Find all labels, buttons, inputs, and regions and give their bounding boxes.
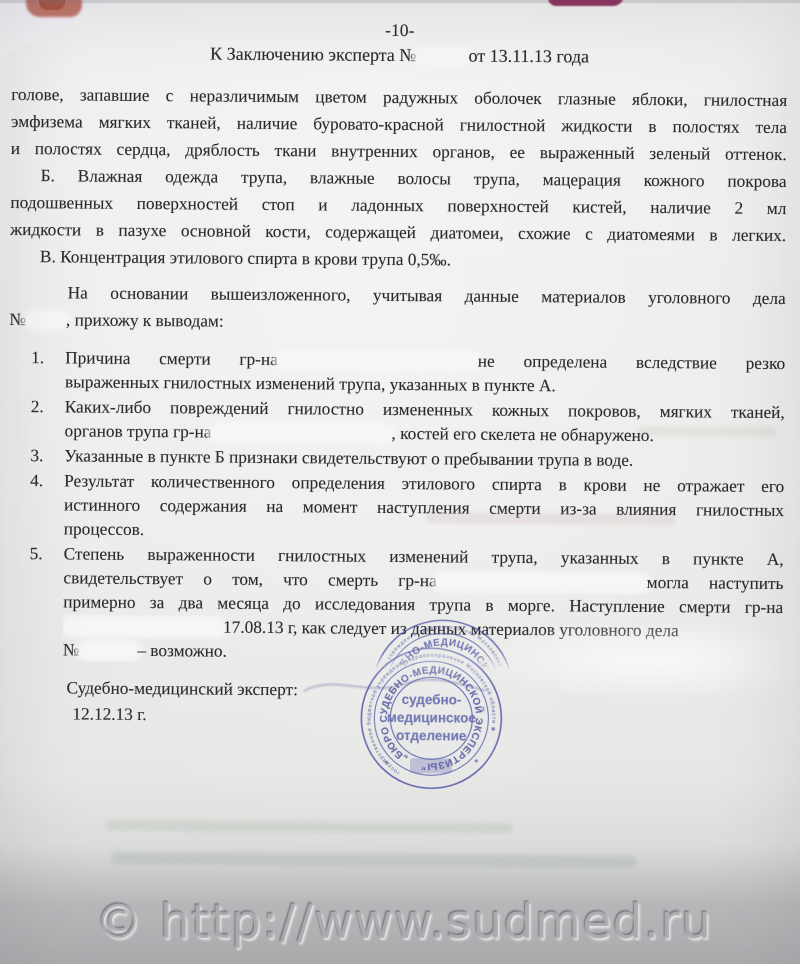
text-segment: Причина смерти гр-на (65, 348, 278, 369)
paragraph: На основании вышеизложенного, учитывая д… (9, 279, 785, 339)
stamp-center-line1: судебно- (402, 692, 462, 707)
paragraph: В. Концентрация этилового спирта в крови… (10, 243, 786, 276)
text-segment: – возможно. (137, 641, 227, 661)
text-segment: истинного содержания на момент наступлен… (64, 496, 784, 521)
text-segment: № (9, 310, 26, 329)
text-line: Указанные в пункте Б признаки свидетельс… (64, 445, 784, 474)
text-segment: , костей его скелета не обнаружено. (391, 424, 653, 445)
text-segment: эмфизема мягких тканей, наличие буровато… (11, 112, 787, 137)
body-paragraphs: голове, запавшие с неразличимым цветом р… (9, 81, 787, 339)
ink-bleed-artifact (111, 852, 636, 868)
title-pre: К Заключению эксперта № (210, 44, 417, 67)
text-segment: В. Концентрация этилового спирта в крови… (40, 247, 451, 269)
site-watermark: © http://www.sudmed.ru (95, 897, 713, 949)
text-segment: Каких-либо повреждений гнилостно изменен… (65, 397, 785, 422)
paragraph: Б. Влажная одежда трупа, влажные волосы … (10, 162, 787, 249)
text-line: процессов. (64, 517, 784, 546)
text-segment: могла наступить (647, 573, 784, 593)
redaction-blur (416, 49, 468, 63)
text-segment: № (63, 640, 80, 659)
text-segment: выраженных гнилостных изменений трупа, у… (65, 372, 556, 395)
document-content: -10- К Заключению эксперта № от 13.11.13… (0, 0, 800, 964)
text-line: выраженных гнилостных изменений трупа, у… (65, 370, 785, 399)
text-segment: Указанные в пункте Б признаки свидетельс… (64, 447, 633, 470)
text-line: В. Концентрация этилового спирта в крови… (10, 243, 786, 276)
conclusion-number: 4. (30, 470, 43, 494)
paragraph: голове, запавшие с неразличимым цветом р… (11, 81, 788, 168)
text-segment: На основании вышеизложенного, учитывая д… (68, 283, 786, 308)
stamp-offset-impression: государственное бюджетное учреждение здр… (372, 620, 513, 761)
text-segment: голове, запавшие с неразличимым цветом р… (11, 85, 787, 110)
ink-bleed-artifact (426, 512, 676, 525)
conclusion-number: 3. (30, 444, 43, 468)
title-date: от 13.11.13 года (468, 46, 589, 68)
conclusion-item: 2.Каких-либо повреждений гнилостно измен… (31, 395, 785, 449)
redaction-blur (211, 425, 391, 440)
text-segment: жидкости в пазухе основной кости, содерж… (10, 220, 786, 245)
text-segment: и полостях сердца, дряблость ткани внутр… (11, 139, 787, 164)
redaction-blur (63, 619, 223, 634)
redaction-blur (79, 643, 137, 657)
page-number: -10- (12, 17, 788, 44)
ink-bleed-artifact (637, 426, 777, 437)
text-segment: не определена вследствие резко (478, 352, 785, 373)
conclusion-item: 4.Результат количественного определения … (30, 470, 785, 547)
conclusion-number: 2. (31, 395, 44, 419)
conclusion-item: 1.Причина смерти гр-нане определена всле… (31, 346, 785, 400)
text-segment: , прихожу к выводам: (66, 310, 224, 330)
text-segment: Степень выраженности гнилостных изменени… (64, 545, 784, 570)
text-segment: Б. Влажная одежда трупа, влажные волосы … (41, 166, 787, 191)
stamp-star-right: * (474, 758, 479, 768)
watermark-text: © http://www.sudmed.ru (95, 895, 713, 950)
document-photo: -10- К Заключению эксперта № от 13.11.13… (0, 0, 800, 964)
flash-glare (500, 618, 800, 702)
redaction-blur (437, 574, 647, 590)
text-segment: свидетельствует о том, что смерть гр-на (63, 569, 436, 591)
signature-label: Судебно-медицинский эксперт: (67, 679, 298, 700)
stamp-star-left: * (384, 759, 389, 769)
document-title: К Заключению эксперта № от 13.11.13 года (11, 42, 787, 69)
text-segment: подошвенных поверхностей стоп и ладонных… (10, 193, 786, 218)
text-segment: процессов. (64, 519, 144, 539)
text-segment: органов трупа гр-на (65, 421, 212, 441)
ink-bleed-artifact (105, 820, 513, 834)
conclusion-number: 1. (31, 346, 44, 370)
text-segment: Результат количественного определения эт… (64, 472, 784, 497)
redaction-blur (278, 353, 478, 369)
conclusion-number: 5. (30, 542, 43, 566)
redaction-blur (26, 313, 66, 327)
text-line: №, прихожу к выводам: (9, 306, 785, 339)
